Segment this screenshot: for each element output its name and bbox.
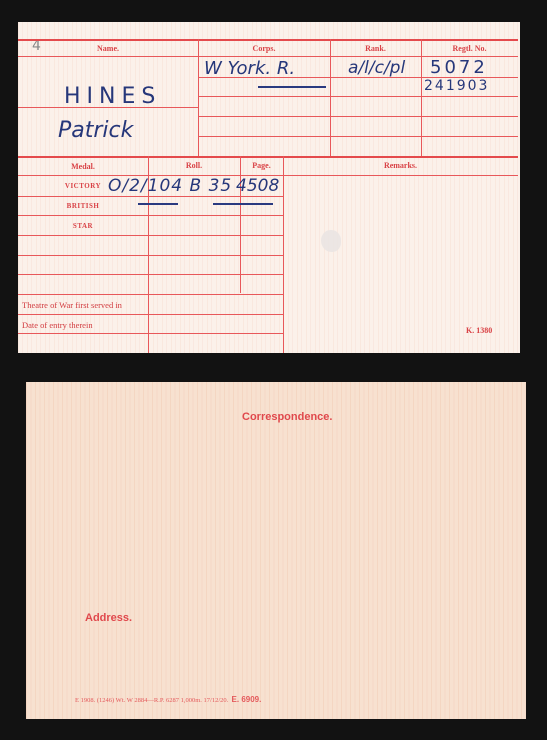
medal-british: British <box>18 202 148 210</box>
roll-header: Roll. <box>148 161 240 170</box>
footer-text: E 1908. (1246) Wt. W 2884—R.P. 6287 1,00… <box>75 697 228 704</box>
rank-entry: a/l/c/pl <box>348 58 405 78</box>
medal-index-card-front: 4 Name. Corps. Rank. Regtl. No. HINES Pa… <box>18 22 520 353</box>
name-header: Name. <box>18 44 198 53</box>
medal-header: Medal. <box>18 162 148 171</box>
date-of-entry-label: Date of entry therein <box>22 320 93 330</box>
forename-entry: Patrick <box>58 118 133 143</box>
corps-header: Corps. <box>198 44 330 53</box>
regtl-no-entry-2: 241903 <box>424 78 489 94</box>
roll-entry: O/2/104 B 35 <box>108 176 232 196</box>
corps-entry: W York. R. <box>204 58 295 79</box>
theatre-label: Theatre of War first served in <box>22 300 122 310</box>
regtl-no-entry-1: 5072 <box>430 57 488 78</box>
footer-code: E. 6909. <box>232 695 262 704</box>
medal-index-card-back: Correspondence. Address. E 1908. (1246) … <box>26 382 526 719</box>
form-code: K. 1380 <box>466 326 492 335</box>
surname-entry: HINES <box>64 84 161 109</box>
remarks-header: Remarks. <box>283 161 518 170</box>
page-entry: 4508 <box>236 176 279 196</box>
page-header: Page. <box>240 161 283 170</box>
medal-star: Star <box>18 222 148 230</box>
regtl-no-header: Regtl. No. <box>421 44 518 53</box>
print-footer: E 1908. (1246) Wt. W 2884—R.P. 6287 1,00… <box>75 695 261 704</box>
rank-header: Rank. <box>330 44 421 53</box>
stamp-mark <box>321 230 341 252</box>
correspondence-label: Correspondence. <box>242 411 332 423</box>
address-label: Address. <box>85 612 132 624</box>
